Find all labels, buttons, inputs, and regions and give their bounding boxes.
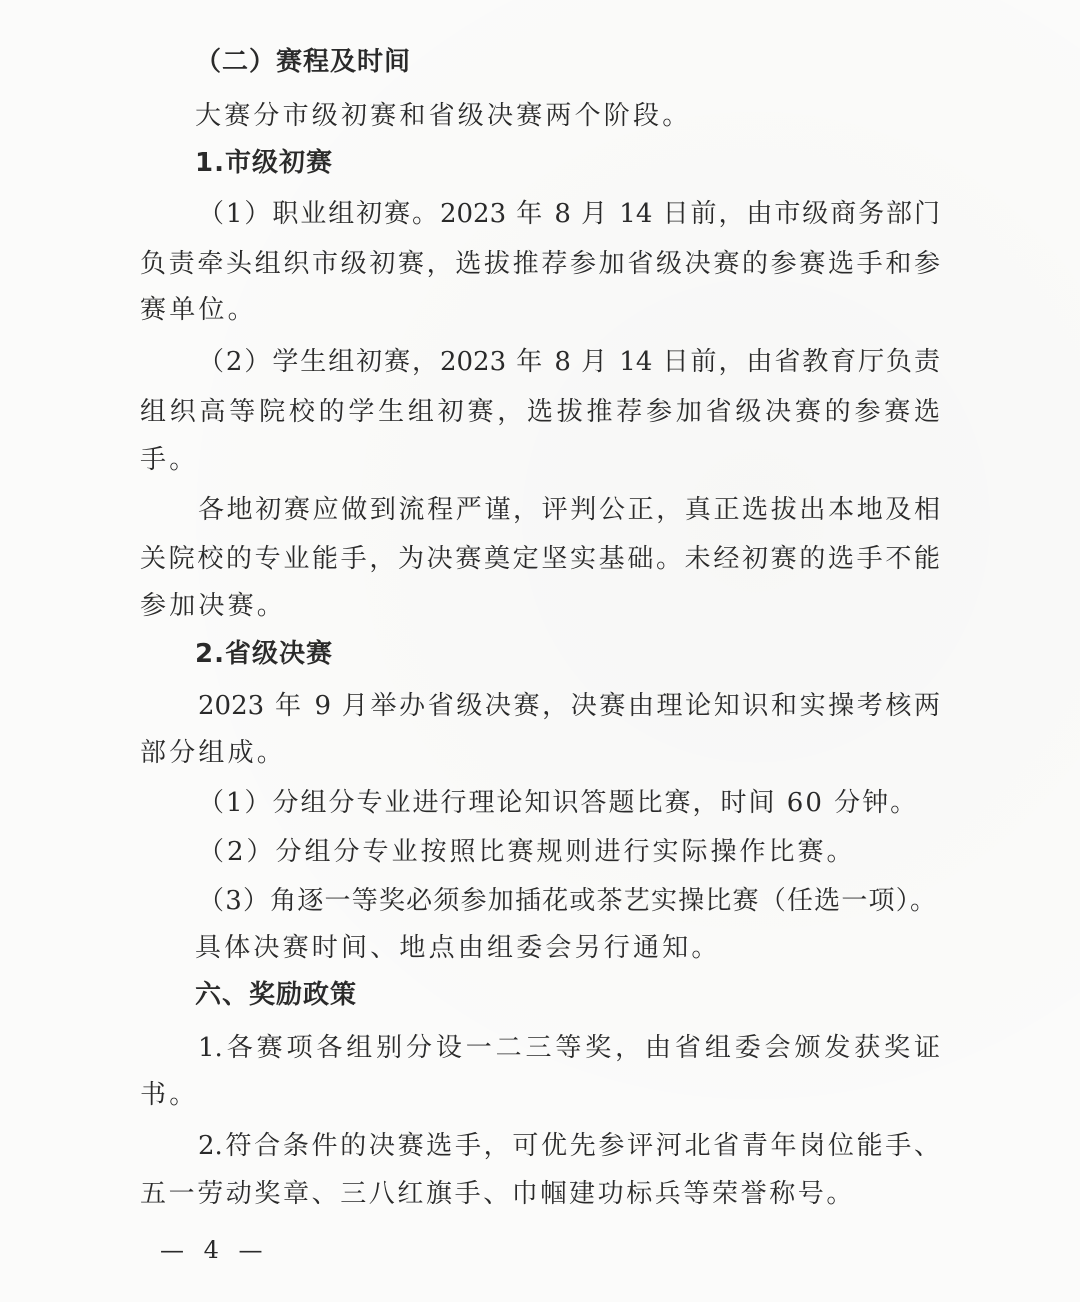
stage1-item1-line1: （1）职业组初赛。2023 年 8 月 14 日前，由市级商务部门: [140, 196, 940, 232]
section-heading: （二）赛程及时间: [195, 44, 411, 80]
stage1-item2-line1: （2）学生组初赛，2023 年 8 月 14 日前，由省教育厅负责: [140, 344, 940, 380]
section6-item1-line2: 书。: [140, 1077, 198, 1113]
stage2-heading: 2.省级决赛: [195, 636, 333, 672]
intro-paragraph: 大赛分市级初赛和省级决赛两个阶段。: [195, 98, 691, 134]
section6-item2-line2: 五一劳动奖章、三八红旗手、巾帼建功标兵等荣誉称号。: [140, 1176, 855, 1212]
stage1-item1-line2: 负责牵头组织市级初赛，选拔推荐参加省级决赛的参赛选手和参: [140, 246, 940, 282]
document-page: （二）赛程及时间 大赛分市级初赛和省级决赛两个阶段。 1.市级初赛 （1）职业组…: [0, 0, 1080, 1302]
section6-heading: 六、奖励政策: [195, 977, 357, 1013]
stage2-intro-line2: 部分组成。: [140, 735, 286, 771]
stage1-item2-line2: 组织高等院校的学生组初赛，选拔推荐参加省级决赛的参赛选: [140, 394, 940, 430]
stage1-note-line3: 参加决赛。: [140, 588, 286, 624]
stage2-intro-line1: 2023 年 9 月举办省级决赛，决赛由理论知识和实操考核两: [140, 688, 940, 724]
stage1-heading: 1.市级初赛: [195, 145, 333, 181]
stage2-item3: （3）角逐一等奖必须参加插花或茶艺实操比赛（任选一项）。: [198, 883, 937, 919]
stage2-item2: （2）分组分专业按照比赛规则进行实际操作比赛。: [198, 834, 856, 870]
stage2-notice: 具体决赛时间、地点由组委会另行通知。: [195, 930, 721, 966]
stage1-item1-line3: 赛单位。: [140, 292, 257, 328]
section6-item2-line1: 2.符合条件的决赛选手，可优先参评河北省青年岗位能手、: [140, 1128, 940, 1164]
stage1-note-line2: 关院校的专业能手，为决赛奠定坚实基础。未经初赛的选手不能: [140, 541, 940, 577]
stage1-item2-line3: 手。: [140, 442, 198, 478]
stage2-item1: （1）分组分专业进行理论知识答题比赛，时间 60 分钟。: [198, 785, 918, 821]
stage1-note-line1: 各地初赛应做到流程严谨，评判公正，真正选拔出本地及相: [140, 492, 940, 528]
section6-item1-line1: 1.各赛项各组别分设一二三等奖，由省组委会颁发获奖证: [140, 1030, 940, 1066]
page-number: — 4 —: [160, 1232, 269, 1268]
